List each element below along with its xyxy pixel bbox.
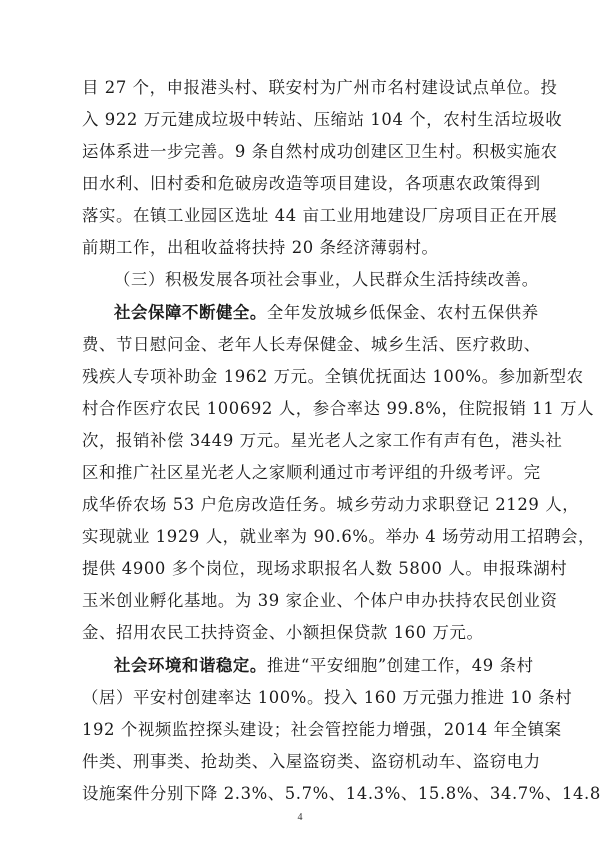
body-line: 目 27 个，申报港头村、联安村为广州市名村建设试点单位。投 bbox=[82, 72, 518, 104]
body-line: 费、节日慰问金、老年人长寿保健金、城乡生活、医疗救助、 bbox=[82, 329, 518, 361]
body-line: 运体系进一步完善。9 条自然村成功创建区卫生村。积极实施农 bbox=[82, 136, 518, 168]
body-line: 前期工作，出租收益将扶持 20 条经济薄弱村。 bbox=[82, 232, 518, 264]
body-line: 入 922 万元建成垃圾中转站、压缩站 104 个，农村生活垃圾收 bbox=[82, 104, 518, 136]
paragraph-first-line-text: 推进“平安细胞”创建工作，49 条村 bbox=[267, 656, 534, 675]
paragraph-first-line-text: 全年发放城乡低保金、农村五保供养 bbox=[267, 303, 539, 322]
body-line: 落实。在镇工业园区选址 44 亩工业用地建设厂房项目正在开展 bbox=[82, 200, 518, 232]
body-line: （居）平安村创建率达 100%。投入 160 万元强力推进 10 条村 bbox=[82, 682, 518, 714]
body-line: 区和推广社区星光老人之家顺利通过市考评组的升级考评。完 bbox=[82, 457, 518, 489]
body-line: 玉米创业孵化基地。为 39 家企业、个体户申办扶持农民创业资 bbox=[82, 585, 518, 617]
body-line: 成华侨农场 53 户危房改造任务。城乡劳动力求职登记 2129 人， bbox=[82, 489, 518, 521]
body-line: 提供 4900 多个岗位，现场求职报名人数 5800 人。申报珠湖村 bbox=[82, 553, 518, 585]
body-line: 金、招用农民工扶持资金、小额担保贷款 160 万元。 bbox=[82, 617, 518, 649]
body-line: 次，报销补偿 3449 万元。星光老人之家工作有声有色，港头社 bbox=[82, 425, 518, 457]
document-page: 目 27 个，申报港头村、联安村为广州市名村建设试点单位。投 入 922 万元建… bbox=[0, 0, 600, 848]
paragraph-first-line: 社会环境和谐稳定。推进“平安细胞”创建工作，49 条村 bbox=[114, 650, 518, 682]
body-line: 田水利、旧村委和危破房改造等项目建设，各项惠农政策得到 bbox=[82, 168, 518, 200]
body-line: 实现就业 1929 人，就业率为 90.6%。举办 4 场劳动用工招聘会， bbox=[82, 521, 518, 553]
body-line: 村合作医疗农民 100692 人，参合率达 99.8%，住院报销 11 万人 bbox=[82, 393, 518, 425]
paragraph-lead-bold: 社会保障不断健全。 bbox=[114, 303, 267, 322]
body-line: 残疾人专项补助金 1962 万元。全镇优抚面达 100%。参加新型农 bbox=[82, 361, 518, 393]
body-line: 设施案件分别下降 2.3%、5.7%、14.3%、15.8%、34.7%、14.… bbox=[82, 778, 518, 810]
paragraph-lead-bold: 社会环境和谐稳定。 bbox=[114, 656, 267, 675]
body-line: 件类、刑事类、抢劫类、入屋盗窃类、盗窃机动车、盗窃电力 bbox=[82, 746, 518, 778]
section-heading: （三）积极发展各项社会事业，人民群众生活持续改善。 bbox=[114, 264, 518, 296]
body-line: 192 个视频监控探头建设；社会管控能力增强，2014 年全镇案 bbox=[82, 714, 518, 746]
paragraph-first-line: 社会保障不断健全。全年发放城乡低保金、农村五保供养 bbox=[114, 297, 518, 329]
page-number: 4 bbox=[294, 812, 306, 823]
